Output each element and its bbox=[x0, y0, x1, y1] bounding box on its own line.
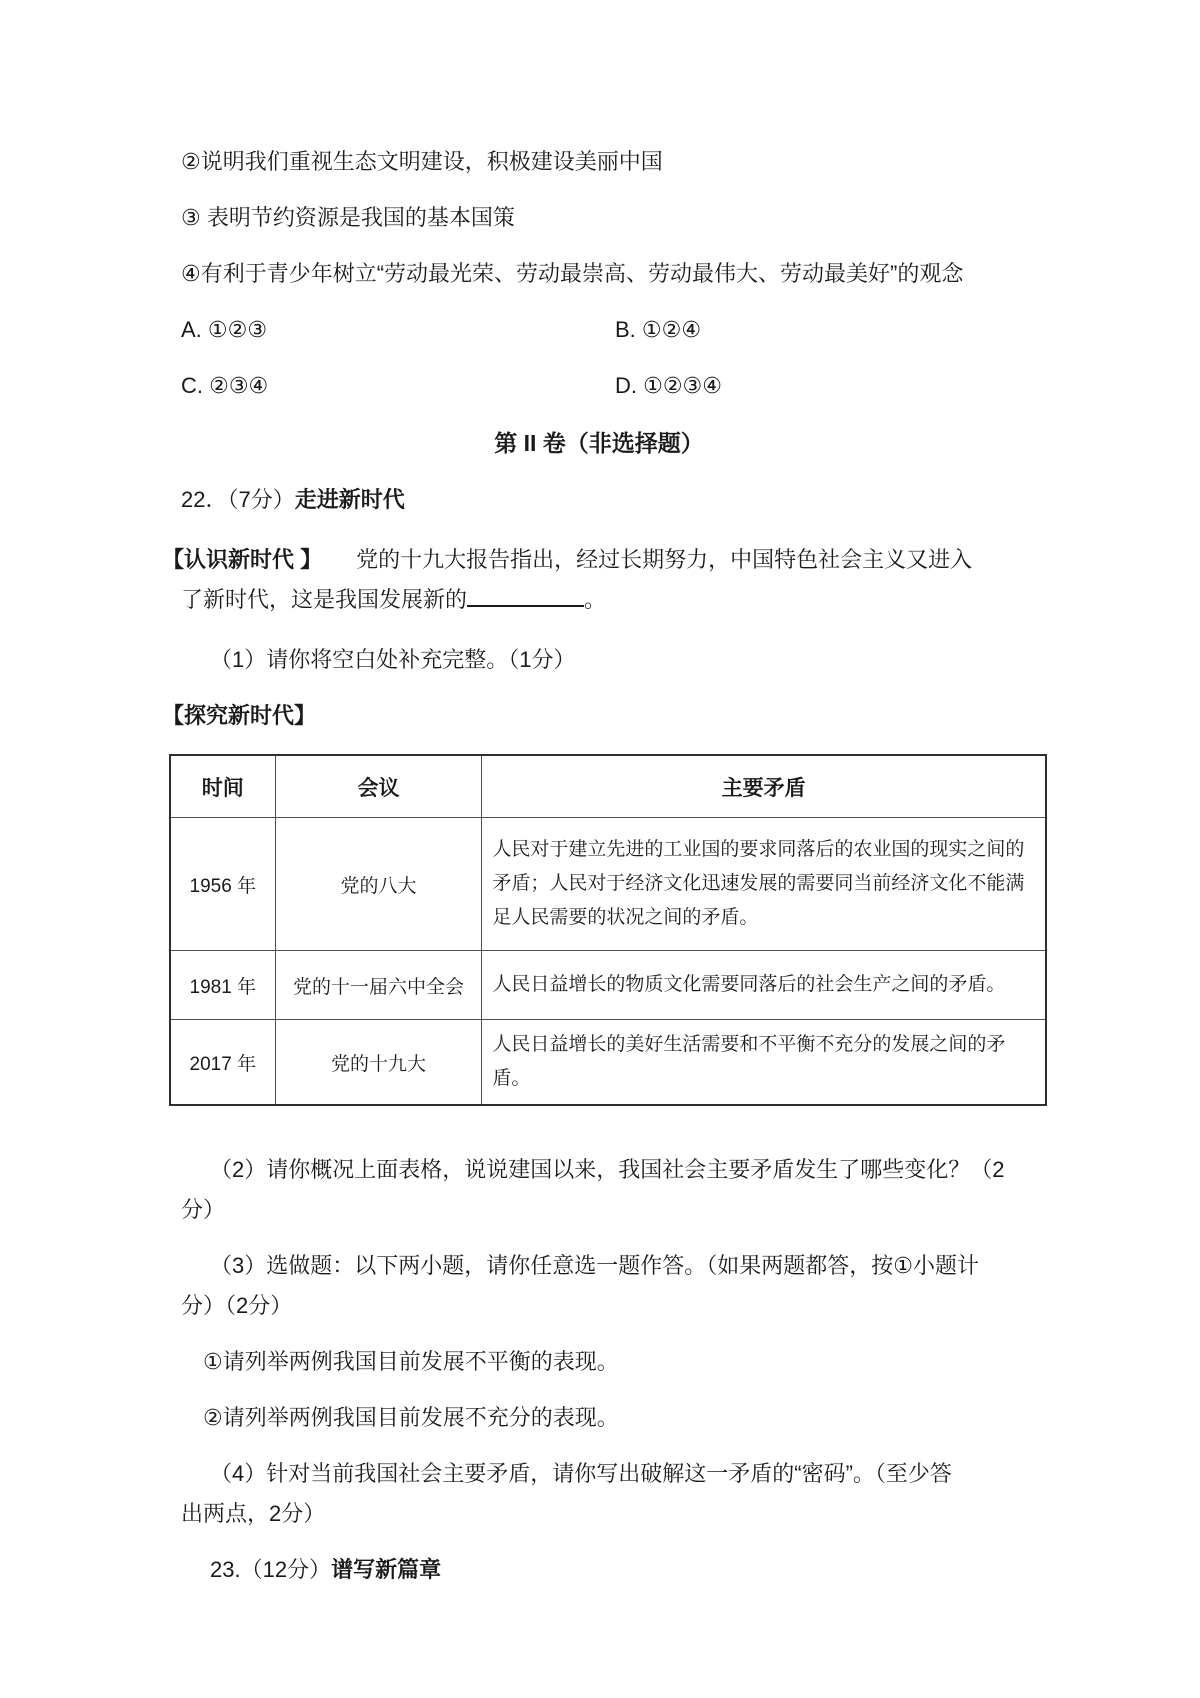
table-header-time: 时间 bbox=[170, 755, 275, 818]
question-23-title: 谱写新篇章 bbox=[331, 1557, 441, 1582]
explore-new-era-label: 【探究新时代】 bbox=[162, 696, 1061, 736]
table-row: 1956 年 党的八大 人民对于建立先进的工业国的要求同落后的农业国的现实之间的… bbox=[170, 818, 1046, 951]
section-2-title: 第 II 卷（非选择题） bbox=[159, 422, 1039, 464]
cell-contradiction-1956: 人民对于建立先进的工业国的要求同落后的农业国的现实之间的矛盾；人民对于经济文化迅… bbox=[482, 818, 1046, 951]
choices-row-1: A. ①②③ B. ①②④ bbox=[181, 310, 1061, 350]
cell-time-2017: 2017 年 bbox=[170, 1020, 275, 1106]
choice-a: A. ①②③ bbox=[181, 310, 615, 350]
question-22-title: 走进新时代 bbox=[295, 487, 405, 512]
table-row: 1981 年 党的十一届六中全会 人民日益增长的物质文化需要同落后的社会生产之间… bbox=[170, 951, 1046, 1020]
q22-intro-line-1: 【认识新时代 】党的十九大报告指出，经过长期努力，中国特色社会主义又进入 bbox=[162, 540, 1061, 580]
q22-intro-line-2: 了新时代，这是我国发展新的。 bbox=[181, 580, 1061, 620]
sub-question-3-item-1: ①请列举两例我国目前发展不平衡的表现。 bbox=[181, 1342, 1061, 1382]
table-header-row: 时间 会议 主要矛盾 bbox=[170, 755, 1046, 818]
choice-c: C. ②③④ bbox=[181, 366, 615, 406]
question-22-heading: 22．（7分）走进新时代 bbox=[181, 480, 1061, 520]
sub-question-1: （1）请你将空白处补充完整。（1分） bbox=[181, 640, 1061, 680]
statement-3: ③ 表明节约资源是我国的基本国策 bbox=[181, 198, 1061, 238]
fill-in-blank-line bbox=[467, 602, 584, 607]
cell-time-1981: 1981 年 bbox=[170, 951, 275, 1020]
sub-question-3-item-2: ②请列举两例我国目前发展不充分的表现。 bbox=[181, 1398, 1061, 1438]
q22-intro-text-2: 了新时代，这是我国发展新的 bbox=[181, 587, 467, 612]
sub-question-3-line-2: 分）（2分） bbox=[181, 1286, 1061, 1326]
exam-paper-page: ②说明我们重视生态文明建设，积极建设美丽中国 ③ 表明节约资源是我国的基本国策 … bbox=[0, 0, 1200, 1698]
know-new-era-label: 【认识新时代 】 bbox=[162, 547, 322, 572]
table-header-contradiction: 主要矛盾 bbox=[482, 755, 1046, 818]
cell-meeting-1956: 党的八大 bbox=[275, 818, 482, 951]
q22-intro-text-1: 党的十九大报告指出，经过长期努力，中国特色社会主义又进入 bbox=[356, 547, 972, 572]
cell-meeting-1981: 党的十一届六中全会 bbox=[275, 951, 482, 1020]
choice-b: B. ①②④ bbox=[615, 310, 1061, 350]
cell-time-1956: 1956 年 bbox=[170, 818, 275, 951]
contradiction-timeline-table: 时间 会议 主要矛盾 1956 年 党的八大 人民对于建立先进的工业国的要求同落… bbox=[169, 754, 1047, 1106]
explore-new-era-label-text: 【探究新时代】 bbox=[162, 703, 316, 728]
sub-question-3-line-1: （3）选做题：以下两小题，请你任意选一题作答。（如果两题都答，按①小题计 bbox=[181, 1246, 1061, 1286]
cell-contradiction-1981: 人民日益增长的物质文化需要同落后的社会生产之间的矛盾。 bbox=[482, 951, 1046, 1020]
table-row: 2017 年 党的十九大 人民日益增长的美好生活需要和不平衡不充分的发展之间的矛… bbox=[170, 1020, 1046, 1106]
question-22-number: 22．（7分） bbox=[181, 487, 295, 512]
sub-question-4-line-2: 出两点，2分） bbox=[181, 1494, 1061, 1534]
sub-question-4-line-1: （4）针对当前我国社会主要矛盾，请你写出破解这一矛盾的“密码”。（至少答 bbox=[181, 1454, 1061, 1494]
statement-4: ④有利于青少年树立“劳动最光荣、劳动最崇高、劳动最伟大、劳动最美好”的观念 bbox=[181, 254, 1061, 294]
q22-intro-text-3: 。 bbox=[584, 587, 606, 612]
question-23-heading: 23.（12分）谱写新篇章 bbox=[181, 1550, 1061, 1590]
choice-d: D. ①②③④ bbox=[615, 366, 1061, 406]
sub-question-2-line-2: 分） bbox=[181, 1190, 1061, 1230]
sub-question-2-line-1: （2）请你概况上面表格，说说建国以来，我国社会主要矛盾发生了哪些变化？（2 bbox=[181, 1150, 1061, 1190]
statement-2: ②说明我们重视生态文明建设，积极建设美丽中国 bbox=[181, 142, 1061, 182]
choices-row-2: C. ②③④ D. ①②③④ bbox=[181, 366, 1061, 406]
cell-contradiction-2017: 人民日益增长的美好生活需要和不平衡不充分的发展之间的矛盾。 bbox=[482, 1020, 1046, 1106]
question-23-number: 23.（12分） bbox=[210, 1557, 331, 1582]
cell-meeting-2017: 党的十九大 bbox=[275, 1020, 482, 1106]
table-header-meeting: 会议 bbox=[275, 755, 482, 818]
